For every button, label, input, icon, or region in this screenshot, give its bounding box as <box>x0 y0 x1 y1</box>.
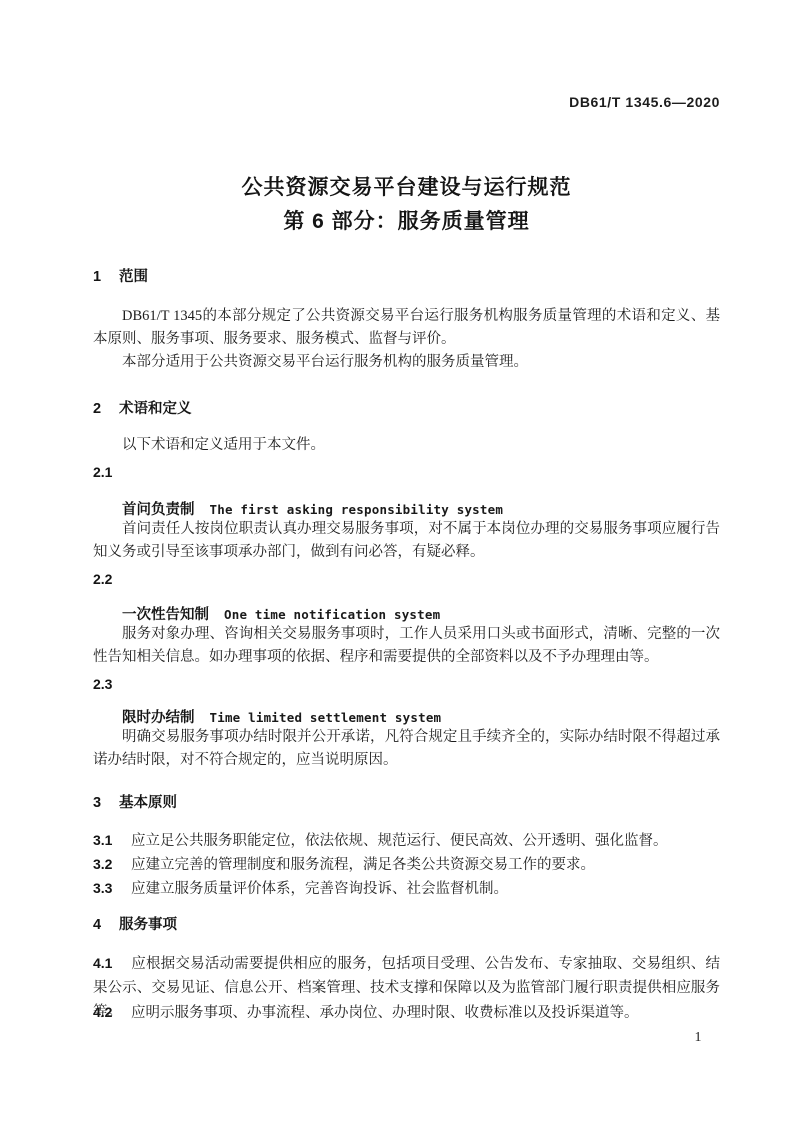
term-2-3-en: Time limited settlement system <box>210 710 442 725</box>
clause-4-2-text: 应明示服务事项、办事流程、承办岗位、办理时限、收费标准以及投诉渠道等。 <box>131 1005 639 1021</box>
section-1-number: 1 <box>93 269 105 285</box>
document-title-line2: 第 6 部分：服务质量管理 <box>93 205 720 235</box>
section-1-heading: 1范围 <box>93 265 720 286</box>
scope-paragraph-2: 本部分适用于公共资源交易平台运行服务机构的服务质量管理。 <box>93 351 720 374</box>
term-2-2-en: One time notification system <box>224 607 440 622</box>
section-4-title: 服务事项 <box>119 917 177 933</box>
document-title-line1: 公共资源交易平台建设与运行规范 <box>93 171 720 201</box>
term-2-2-zh: 一次性告知制 <box>122 607 209 623</box>
clause-3-1: 3.1应立足公共服务职能定位，依法依规、规范运行、便民高效、公开透明、强化监督。 <box>93 828 720 853</box>
scope-paragraph-1: DB61/T 1345的本部分规定了公共资源交易平台运行服务机构服务质量管理的术… <box>93 305 720 351</box>
term-2-2-definition: 服务对象办理、咨询相关交易服务事项时，工作人员采用口头或书面形式，清晰、完整的一… <box>93 623 720 669</box>
page-number: 1 <box>688 1030 708 1046</box>
section-1-title: 范围 <box>119 269 148 285</box>
section-2-heading: 2术语和定义 <box>93 397 720 418</box>
section-4-heading: 4服务事项 <box>93 913 720 934</box>
section-4-number: 4 <box>93 917 105 933</box>
term-2-1-zh: 首问负责制 <box>122 502 195 518</box>
clause-4-1-number: 4.1 <box>93 951 131 975</box>
term-2-1-definition: 首问责任人按岗位职责认真办理交易服务事项，对不属于本岗位办理的交易服务事项应履行… <box>93 518 720 564</box>
section-3-heading: 3基本原则 <box>93 791 720 812</box>
clause-3-2: 3.2应建立完善的管理制度和服务流程，满足各类公共资源交易工作的要求。 <box>93 852 720 877</box>
term-2-3-definition: 明确交易服务事项办结时限并公开承诺，凡符合规定且手续齐全的，实际办结时限不得超过… <box>93 726 720 772</box>
section-3-title: 基本原则 <box>119 795 177 811</box>
clause-3-1-number: 3.1 <box>93 828 131 852</box>
term-2-2-number: 2.2 <box>93 571 720 587</box>
clause-4-2: 4.2应明示服务事项、办事流程、承办岗位、办理时限、收费标准以及投诉渠道等。 <box>93 1000 720 1025</box>
document-page: DB61/T 1345.6—2020 公共资源交易平台建设与运行规范 第 6 部… <box>0 0 793 1122</box>
clause-3-3-text: 应建立服务质量评价体系，完善咨询投诉、社会监督机制。 <box>131 881 508 897</box>
clause-3-3: 3.3应建立服务质量评价体系，完善咨询投诉、社会监督机制。 <box>93 876 720 901</box>
section-3-number: 3 <box>93 795 105 811</box>
term-2-1-heading: 首问负责制The first asking responsibility sys… <box>93 498 720 519</box>
term-2-1-en: The first asking responsibility system <box>210 502 504 517</box>
standard-code: DB61/T 1345.6—2020 <box>93 94 720 110</box>
term-2-3-zh: 限时办结制 <box>122 710 195 726</box>
term-2-3-heading: 限时办结制Time limited settlement system <box>93 706 720 727</box>
clause-3-2-number: 3.2 <box>93 852 131 876</box>
section-2-title: 术语和定义 <box>119 401 192 417</box>
section-2-number: 2 <box>93 401 105 417</box>
clause-3-1-text: 应立足公共服务职能定位，依法依规、规范运行、便民高效、公开透明、强化监督。 <box>131 833 668 849</box>
clause-4-2-number: 4.2 <box>93 1000 131 1024</box>
term-2-1-number: 2.1 <box>93 464 720 480</box>
term-2-3-number: 2.3 <box>93 676 720 692</box>
terms-intro: 以下术语和定义适用于本文件。 <box>93 434 720 457</box>
clause-3-2-text: 应建立完善的管理制度和服务流程，满足各类公共资源交易工作的要求。 <box>131 857 595 873</box>
clause-3-3-number: 3.3 <box>93 876 131 900</box>
term-2-2-heading: 一次性告知制One time notification system <box>93 603 720 624</box>
